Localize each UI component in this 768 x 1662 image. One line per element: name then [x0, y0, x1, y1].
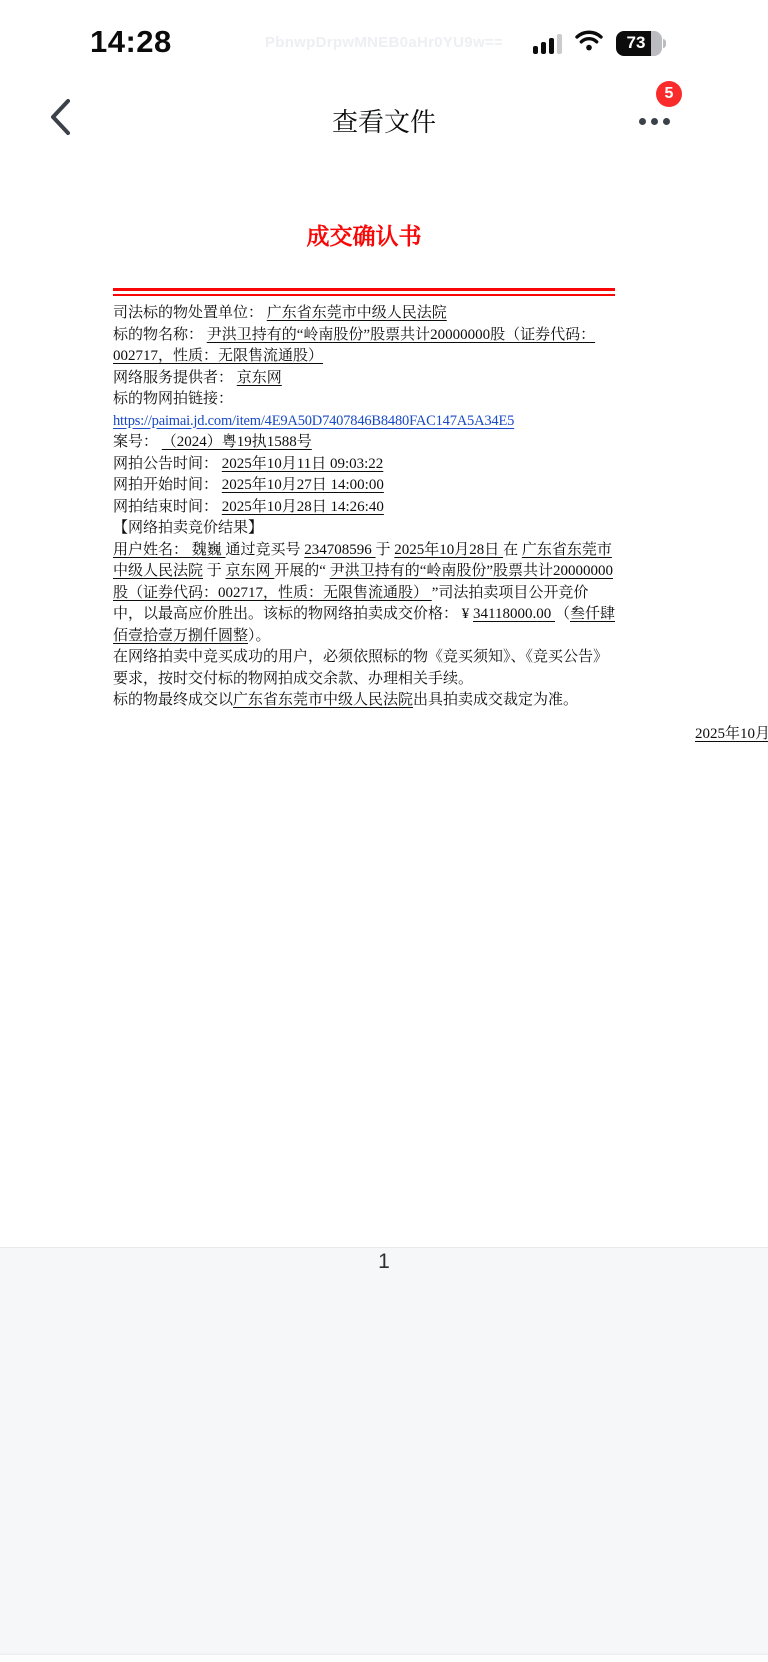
nav-bar: 查看文件 5 [0, 75, 768, 160]
doc-text: （ [555, 606, 570, 622]
doc-underlined-value: 广东省东莞市中级人民法院 [233, 692, 413, 708]
doc-underlined-value: （2024）粤19执1588号 [162, 434, 312, 450]
next-page-edge [0, 1655, 768, 1662]
double-red-rule [113, 288, 615, 296]
doc-text: 于 [376, 542, 395, 558]
doc-text: 通过竞买号 [226, 542, 305, 558]
battery-percent: 73 [627, 33, 646, 53]
doc-underlined-value: 用户姓名： 魏巍 [113, 542, 226, 558]
doc-text: 司法标的物处置单位： [113, 305, 267, 321]
page-gutter: 1 [0, 1247, 768, 1662]
document-date: 2025年10月28日 [113, 722, 768, 743]
doc-paragraph: 用户姓名： 魏巍 通过竞买号 234708596 于 2025年10月28日 在… [113, 540, 615, 648]
doc-underlined-value: 2025年10月27日 14:00:00 [222, 477, 384, 493]
document-page: 成交确认书 司法标的物处置单位： 广东省东莞市中级人民法院标的物名称： 尹洪卫持… [0, 160, 768, 1247]
doc-paragraph: 网拍公告时间： 2025年10月11日 09:03:22 [113, 454, 615, 476]
status-icons: 73 [533, 30, 662, 56]
doc-text: 在 [503, 542, 522, 558]
doc-paragraph: 标的物名称： 尹洪卫持有的“岭南股份”股票共计20000000股（证券代码：00… [113, 325, 615, 368]
doc-paragraph: 网拍结束时间： 2025年10月28日 14:26:40 [113, 497, 615, 519]
doc-text: 标的物名称： [113, 327, 207, 343]
page-number: 1 [0, 1248, 768, 1275]
doc-underlined-value: 234708596 [304, 542, 375, 558]
doc-underlined-value: 京东网 [237, 370, 282, 386]
status-time: 14:28 [90, 24, 172, 60]
document-title: 成交确认书 [113, 223, 615, 250]
doc-text: 开展的“ [274, 563, 329, 579]
doc-text: 于 [203, 563, 226, 579]
document-body: 司法标的物处置单位： 广东省东莞市中级人民法院标的物名称： 尹洪卫持有的“岭南股… [113, 303, 615, 712]
doc-paragraph: 网络服务提供者： 京东网 [113, 368, 615, 390]
battery-icon: 73 [616, 31, 662, 56]
doc-text: 网拍公告时间： [113, 456, 222, 472]
cellular-signal-icon [533, 33, 562, 54]
doc-paragraph: 在网络拍卖中竞买成功的用户，必须依照标的物《竞买须知》、《竞买公告》要求，按时交… [113, 647, 615, 690]
doc-text: 标的物最终成交以 [113, 692, 233, 708]
doc-text: 在网络拍卖中竞买成功的用户，必须依照标的物《竞买须知》、《竞买公告》要求，按时交… [113, 649, 608, 687]
doc-text: 网拍结束时间： [113, 499, 222, 515]
doc-underlined-value: 2025年10月11日 09:03:22 [222, 456, 384, 472]
doc-paragraph: 标的物网拍链接： https://paimai.jd.com/item/4E9A… [113, 389, 615, 432]
doc-paragraph: 网拍开始时间： 2025年10月27日 14:00:00 [113, 475, 615, 497]
wifi-icon [575, 30, 603, 56]
notification-badge: 5 [656, 81, 682, 107]
doc-text: 网拍开始时间： [113, 477, 222, 493]
doc-text: 标的物网拍链接： [113, 391, 233, 407]
more-button[interactable]: 5 [620, 77, 684, 135]
doc-paragraph: 【网络拍卖竞价结果】 [113, 518, 615, 540]
doc-text: 网络服务提供者： [113, 370, 237, 386]
ellipsis-icon [639, 118, 670, 125]
doc-paragraph: 案号： （2024）粤19执1588号 [113, 432, 615, 454]
doc-underlined-value: 2025年10月28日 14:26:40 [222, 499, 384, 515]
doc-text: 【网络拍卖竞价结果】 [113, 520, 263, 536]
doc-text: 案号： [113, 434, 162, 450]
status-bar: 14:28 PbnwpDrpwMNEB0aHr0YU9w== 73 [0, 0, 768, 75]
doc-text: ）。 [248, 628, 271, 644]
doc-underlined-value: 广东省东莞市中级人民法院 [267, 305, 447, 321]
doc-underlined-value: 34118000.00 [473, 606, 555, 622]
doc-text: 出具拍卖成交裁定为准。 [413, 692, 578, 708]
auction-item-link[interactable]: https://paimai.jd.com/item/4E9A50D740784… [113, 413, 514, 429]
doc-underlined-value: 京东网 [226, 563, 275, 579]
doc-underlined-value: 2025年10月28日 [394, 542, 503, 558]
doc-paragraph: 司法标的物处置单位： 广东省东莞市中级人民法院 [113, 303, 615, 325]
doc-paragraph: 标的物最终成交以广东省东莞市中级人民法院出具拍卖成交裁定为准。 [113, 690, 615, 712]
